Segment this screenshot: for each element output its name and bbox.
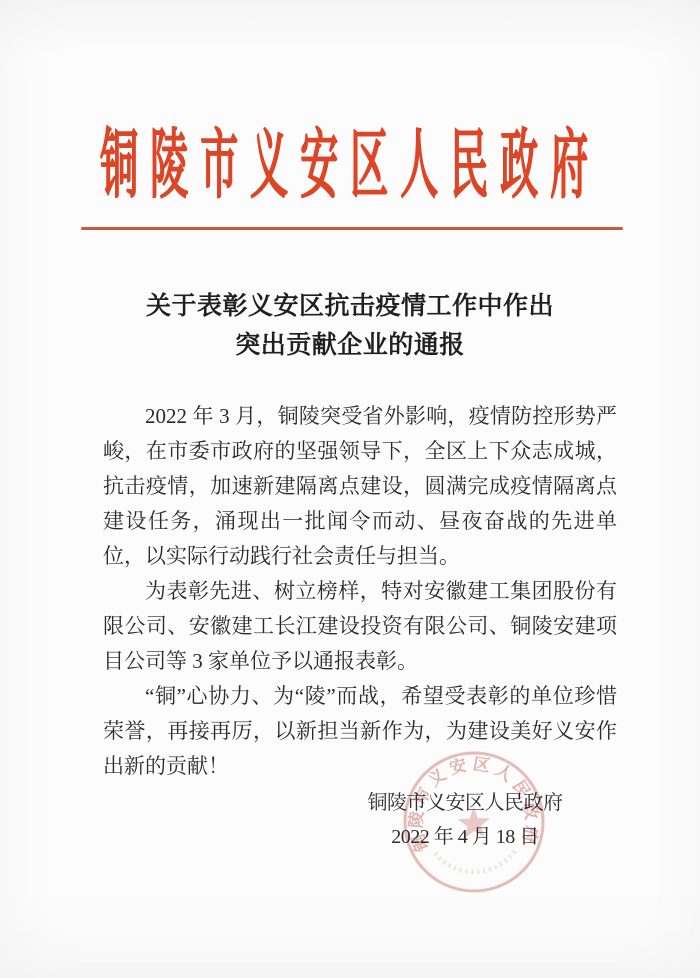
seal-bottom-marks: [435, 851, 516, 874]
document-title: 关于表彰义安区抗击疫情工作中作出 突出贡献企业的通报: [0, 287, 700, 365]
document-page: 铜陵市义安区人民政府 关于表彰义安区抗击疫情工作中作出 突出贡献企业的通报 20…: [0, 0, 700, 978]
masthead-title: 铜陵市义安区人民政府: [100, 129, 600, 205]
paragraph-3: “铜”心协力、为“陵”而战，希望受表彰的单位珍惜荣誉，再接再厉，以新担当新作为，…: [103, 679, 617, 784]
signature-org: 铜陵市义安区人民政府: [365, 786, 565, 820]
document-body: 2022 年 3 月，铜陵突受省外影响，疫情防控形势严峻，在市委市政府的坚强领导…: [103, 399, 617, 784]
paragraph-1: 2022 年 3 月，铜陵突受省外影响，疫情防控形势严峻，在市委市政府的坚强领导…: [103, 399, 617, 574]
signature-block: 铜陵市义安区人民政府 2022 年 4 月 18 日: [365, 786, 565, 854]
red-divider-line: [81, 227, 623, 230]
masthead: 铜陵市义安区人民政府: [17, 129, 683, 167]
title-line-1: 关于表彰义安区抗击疫情工作中作出: [0, 287, 700, 326]
paragraph-2: 为表彰先进、树立榜样，特对安徽建工集团股份有限公司、安徽建工长江建设投资有限公司…: [103, 574, 617, 679]
signature-date: 2022 年 4 月 18 日: [365, 820, 565, 854]
title-line-2: 突出贡献企业的通报: [0, 326, 700, 365]
